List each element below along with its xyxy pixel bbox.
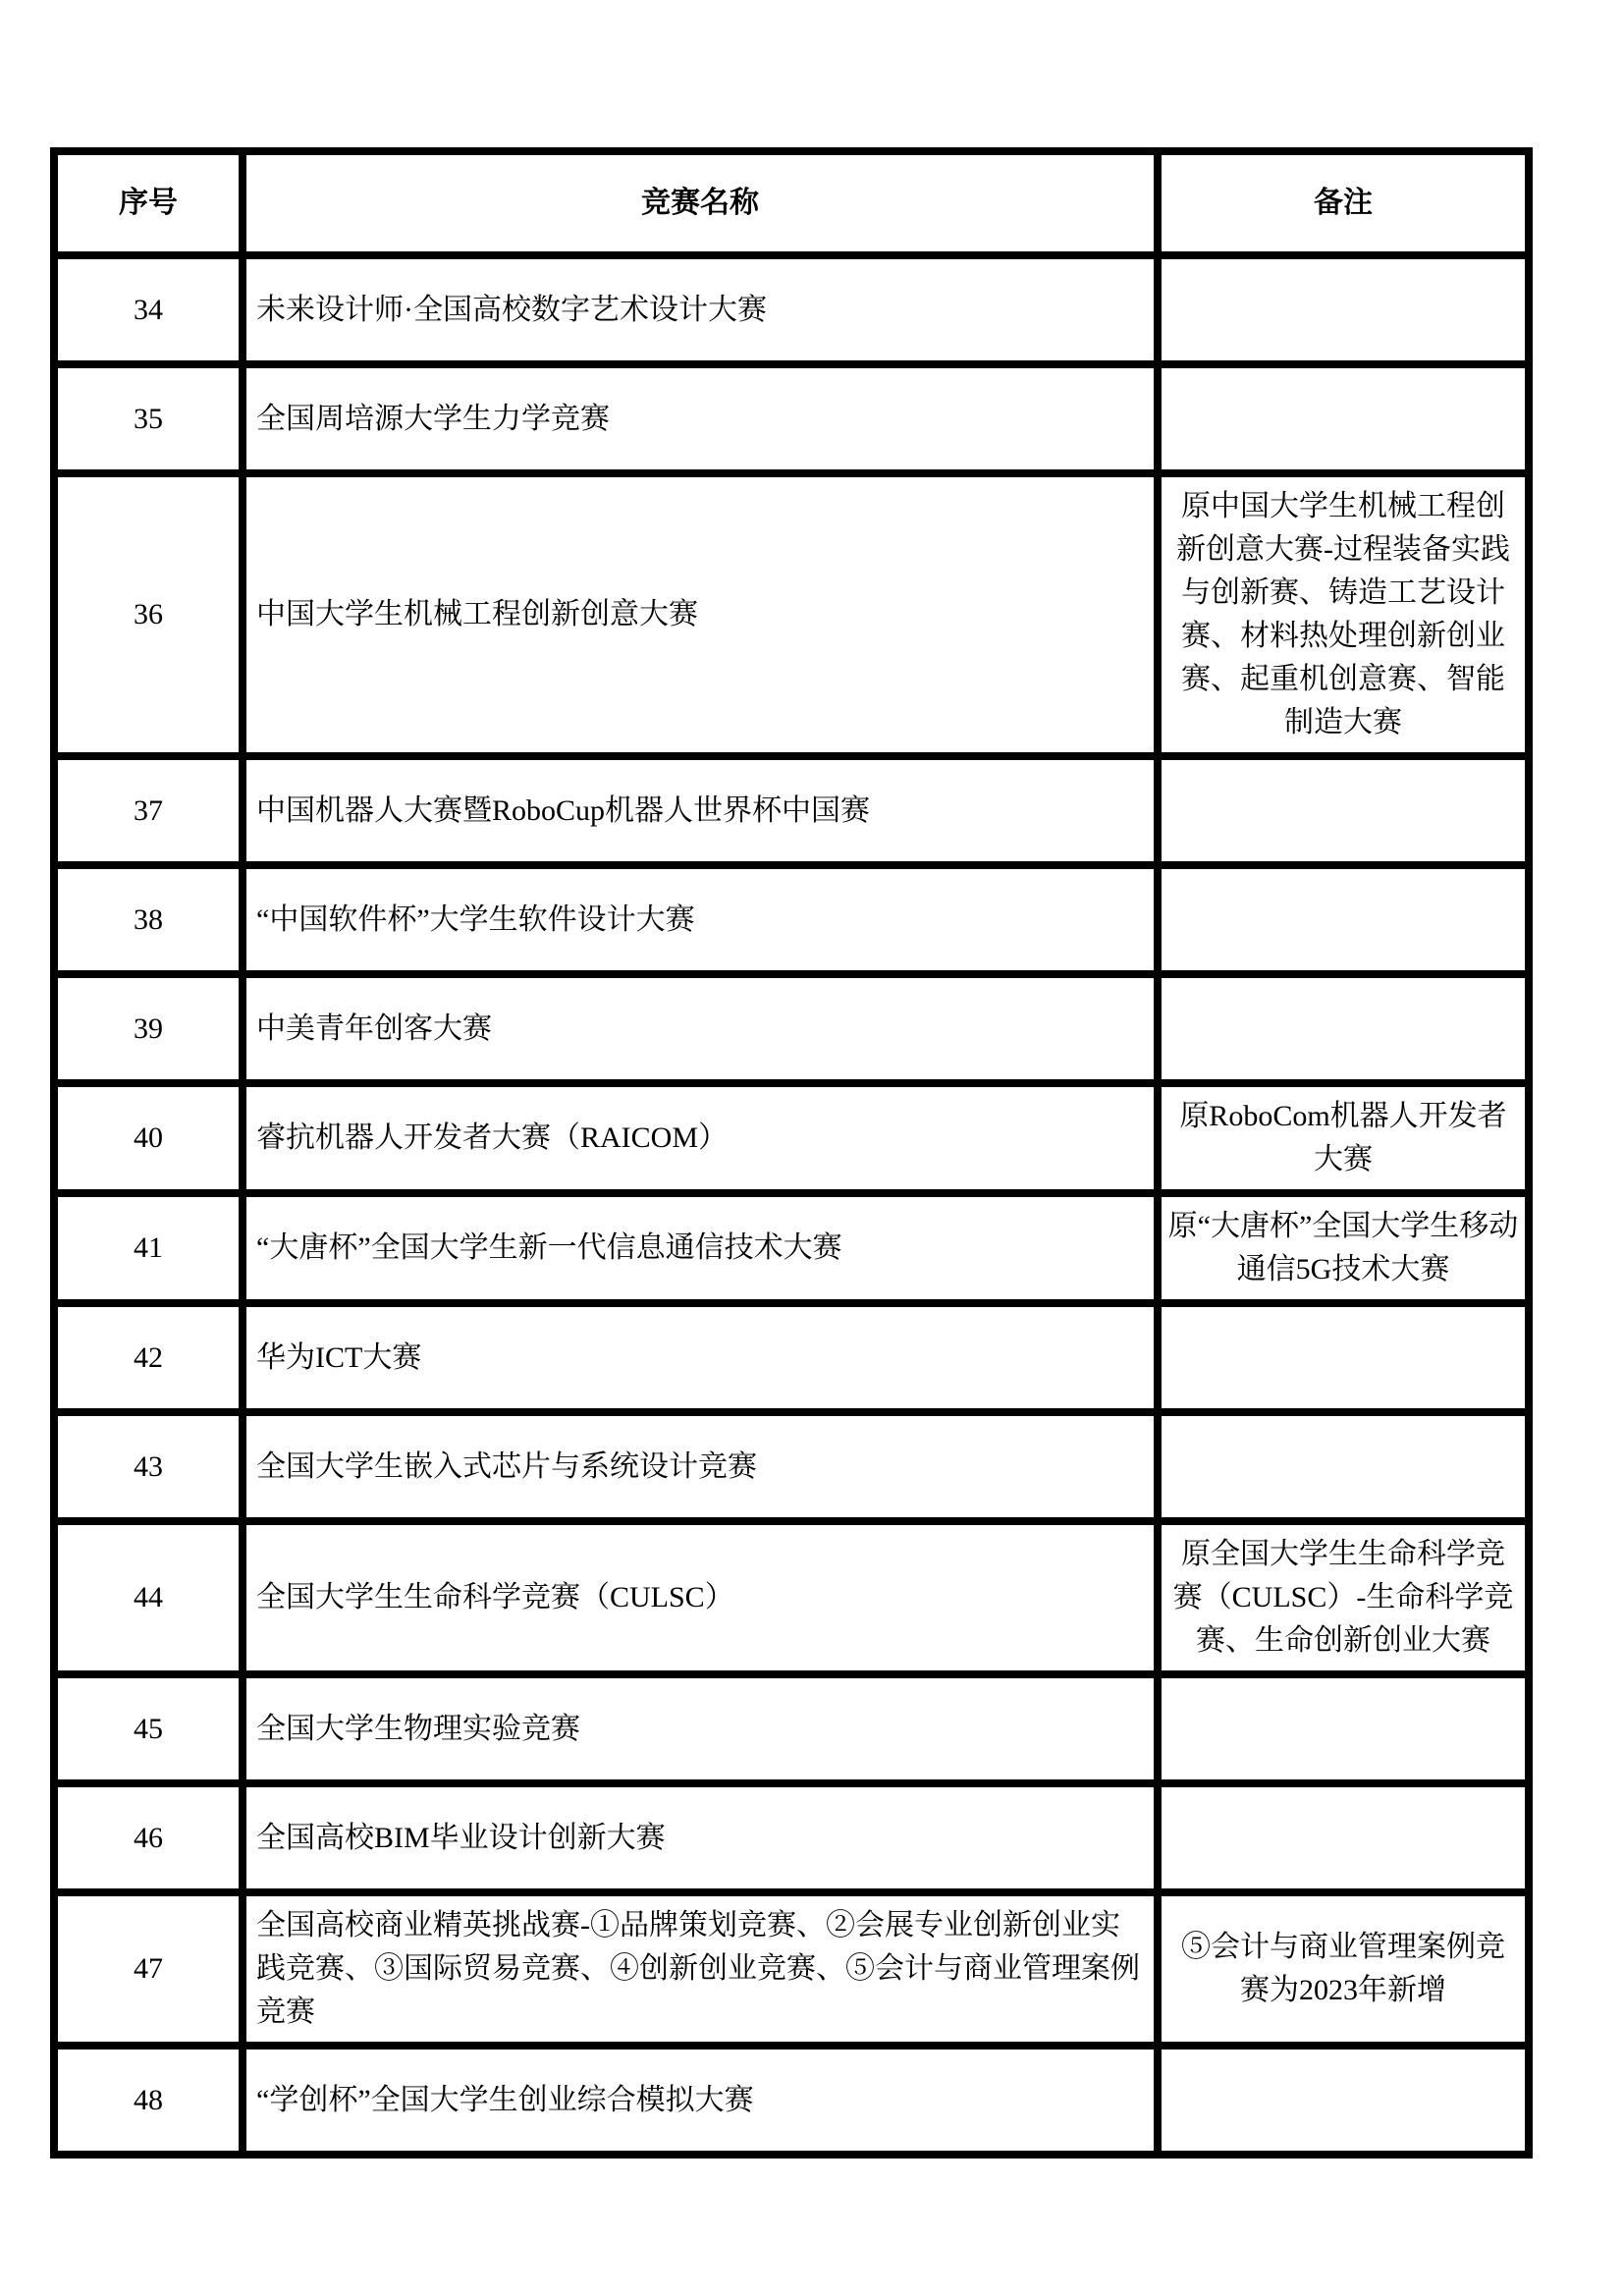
table-row: 34未来设计师·全国高校数字艺术设计大赛 [54,255,1529,364]
competition-name-cell: 未来设计师·全国高校数字艺术设计大赛 [243,255,1158,364]
remark-cell [1158,364,1529,473]
table-row: 40睿抗机器人开发者大赛（RAICOM）原RoboCom机器人开发者大赛 [54,1083,1529,1193]
row-index-cell: 40 [54,1083,243,1193]
remark-cell [1158,974,1529,1083]
remark-cell [1158,1674,1529,1783]
row-index-cell: 46 [54,1783,243,1892]
table-row: 44全国大学生生命科学竞赛（CULSC）原全国大学生生命科学竞赛（CULSC）-… [54,1521,1529,1674]
table-row: 42华为ICT大赛 [54,1303,1529,1412]
competition-name-cell: 全国大学生嵌入式芯片与系统设计竞赛 [243,1412,1158,1521]
table-row: 39中美青年创客大赛 [54,974,1529,1083]
row-index-cell: 42 [54,1303,243,1412]
row-index-cell: 38 [54,865,243,974]
competition-name-cell: 全国大学生物理实验竞赛 [243,1674,1158,1783]
competition-name-cell: “学创杯”全国大学生创业综合模拟大赛 [243,2046,1158,2155]
competition-name-cell: 睿抗机器人开发者大赛（RAICOM） [243,1083,1158,1193]
competition-name-cell: “大唐杯”全国大学生新一代信息通信技术大赛 [243,1193,1158,1303]
remark-cell: 原RoboCom机器人开发者大赛 [1158,1083,1529,1193]
row-index-cell: 47 [54,1892,243,2046]
row-index-cell: 48 [54,2046,243,2155]
row-index-cell: 37 [54,756,243,865]
row-index-cell: 36 [54,473,243,756]
table-row: 47全国高校商业精英挑战赛-①品牌策划竞赛、②会展专业创新创业实践竞赛、③国际贸… [54,1892,1529,2046]
table-row: 38“中国软件杯”大学生软件设计大赛 [54,865,1529,974]
competition-name-cell: 中国大学生机械工程创新创意大赛 [243,473,1158,756]
table-header: 序号 竞赛名称 备注 [54,151,1529,255]
table-row: 35全国周培源大学生力学竞赛 [54,364,1529,473]
row-index-cell: 44 [54,1521,243,1674]
remark-cell [1158,2046,1529,2155]
document-page: 序号 竞赛名称 备注 34未来设计师·全国高校数字艺术设计大赛35全国周培源大学… [0,0,1623,2296]
table-row: 41“大唐杯”全国大学生新一代信息通信技术大赛原“大唐杯”全国大学生移动通信5G… [54,1193,1529,1303]
row-index-cell: 41 [54,1193,243,1303]
table-row: 36中国大学生机械工程创新创意大赛原中国大学生机械工程创新创意大赛-过程装备实践… [54,473,1529,756]
table-row: 37中国机器人大赛暨RoboCup机器人世界杯中国赛 [54,756,1529,865]
remark-cell: ⑤会计与商业管理案例竞赛为2023年新增 [1158,1892,1529,2046]
competition-name-cell: 华为ICT大赛 [243,1303,1158,1412]
competitions-table: 序号 竞赛名称 备注 34未来设计师·全国高校数字艺术设计大赛35全国周培源大学… [50,147,1533,2159]
table-row: 48“学创杯”全国大学生创业综合模拟大赛 [54,2046,1529,2155]
table-row: 45全国大学生物理实验竞赛 [54,1674,1529,1783]
remark-cell [1158,1303,1529,1412]
remark-cell [1158,1783,1529,1892]
remark-cell [1158,865,1529,974]
row-index-cell: 35 [54,364,243,473]
row-index-cell: 34 [54,255,243,364]
competition-name-cell: 全国高校BIM毕业设计创新大赛 [243,1783,1158,1892]
remark-cell: 原全国大学生生命科学竞赛（CULSC）-生命科学竞赛、生命创新创业大赛 [1158,1521,1529,1674]
header-row: 序号 竞赛名称 备注 [54,151,1529,255]
header-remark: 备注 [1158,151,1529,255]
competition-name-cell: “中国软件杯”大学生软件设计大赛 [243,865,1158,974]
remark-cell [1158,1412,1529,1521]
header-index: 序号 [54,151,243,255]
row-index-cell: 45 [54,1674,243,1783]
header-competition-name: 竞赛名称 [243,151,1158,255]
competition-name-cell: 全国大学生生命科学竞赛（CULSC） [243,1521,1158,1674]
competition-name-cell: 全国高校商业精英挑战赛-①品牌策划竞赛、②会展专业创新创业实践竞赛、③国际贸易竞… [243,1892,1158,2046]
competition-name-cell: 全国周培源大学生力学竞赛 [243,364,1158,473]
remark-cell [1158,756,1529,865]
remark-cell: 原“大唐杯”全国大学生移动通信5G技术大赛 [1158,1193,1529,1303]
remark-cell [1158,255,1529,364]
table-body: 34未来设计师·全国高校数字艺术设计大赛35全国周培源大学生力学竞赛36中国大学… [54,255,1529,2155]
remark-cell: 原中国大学生机械工程创新创意大赛-过程装备实践与创新赛、铸造工艺设计赛、材料热处… [1158,473,1529,756]
competition-name-cell: 中国机器人大赛暨RoboCup机器人世界杯中国赛 [243,756,1158,865]
table-row: 43全国大学生嵌入式芯片与系统设计竞赛 [54,1412,1529,1521]
table-row: 46全国高校BIM毕业设计创新大赛 [54,1783,1529,1892]
row-index-cell: 39 [54,974,243,1083]
row-index-cell: 43 [54,1412,243,1521]
competition-name-cell: 中美青年创客大赛 [243,974,1158,1083]
